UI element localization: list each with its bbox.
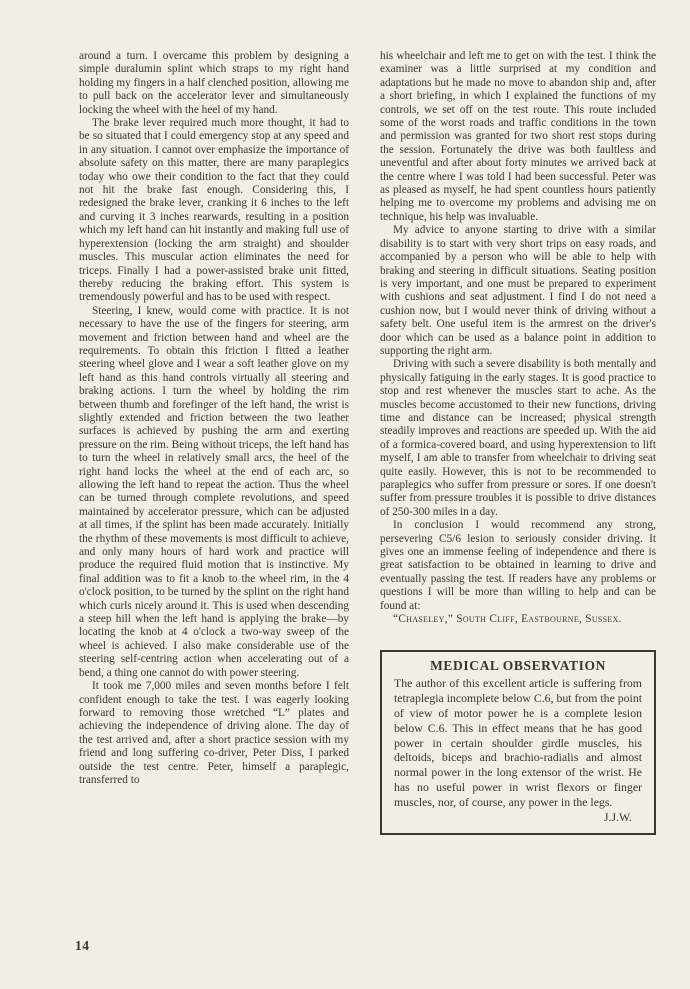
medical-observation-body: The author of this excellent article is … (394, 676, 642, 809)
page-number: 14 (75, 938, 90, 954)
medical-observation-signature: J.J.W. (394, 810, 642, 825)
medical-observation-title: MEDICAL OBSERVATION (394, 658, 642, 674)
article-paragraph: his wheelchair and left me to get on wit… (380, 50, 656, 224)
article-paragraph: It took me 7,000 miles and seven months … (79, 680, 349, 787)
contact-address-line: “Chaseley,” South Cliff, Eastbourne, Sus… (380, 613, 656, 626)
left-column: around a turn. I overcame this problem b… (79, 50, 349, 835)
scanned-article-page: around a turn. I overcame this problem b… (0, 0, 690, 989)
article-paragraph: The brake lever required much more thoug… (79, 117, 349, 305)
right-column: his wheelchair and left me to get on wit… (380, 50, 656, 835)
article-paragraph: Steering, I knew, would come with practi… (79, 305, 349, 680)
article-paragraph: My advice to anyone starting to drive wi… (380, 224, 656, 358)
article-paragraph: Driving with such a severe disability is… (380, 358, 656, 519)
article-paragraph: In conclusion I would recommend any stro… (380, 519, 656, 613)
two-column-text-area: around a turn. I overcame this problem b… (79, 50, 656, 835)
article-paragraph: around a turn. I overcame this problem b… (79, 50, 349, 117)
medical-observation-box: MEDICAL OBSERVATION The author of this e… (380, 650, 656, 834)
